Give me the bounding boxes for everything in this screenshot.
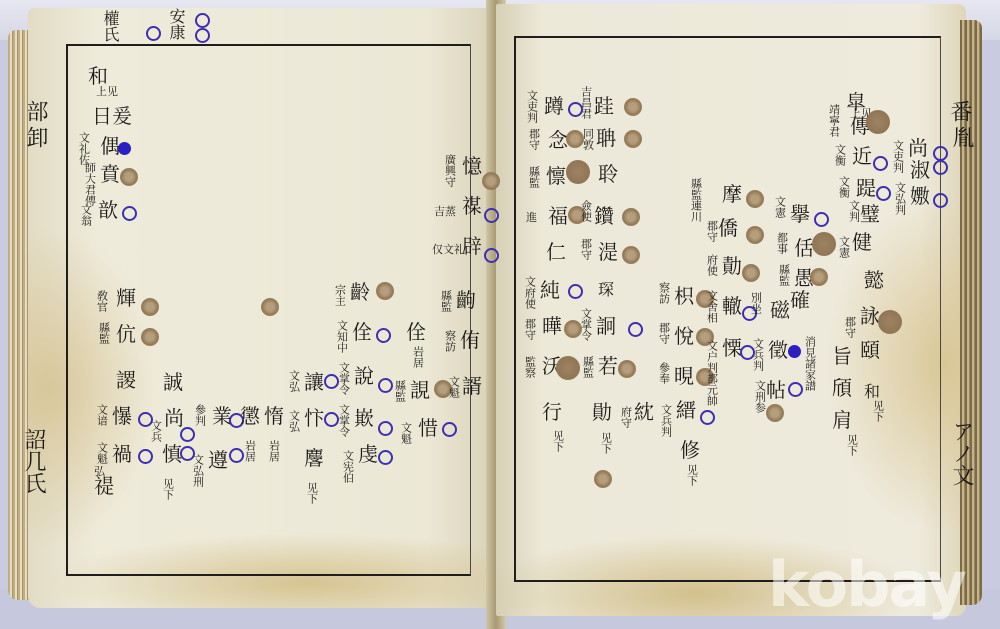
entry-main: 佸 xyxy=(794,238,814,258)
entry-main: 和 xyxy=(864,384,880,400)
entry-main: 麐 xyxy=(304,448,324,468)
entry-main: 尚 xyxy=(908,138,928,158)
entry-main: 誢 xyxy=(410,380,430,400)
entry-note: 同敦 xyxy=(582,128,594,150)
ring-mark xyxy=(146,26,161,41)
entry-note: 文衡 xyxy=(838,176,850,198)
entry-note: 上见 xyxy=(96,86,118,98)
stain-dot xyxy=(120,168,138,186)
entry-note: 宗主 xyxy=(334,284,346,306)
entry-note: 郡守 xyxy=(658,322,670,344)
entry-note: 见下 xyxy=(306,482,318,504)
entry-main: 悅 xyxy=(674,326,694,346)
entry-main: 枳 xyxy=(674,286,694,306)
entry-main: 懿 xyxy=(864,270,884,290)
entry-main: 肩 xyxy=(832,410,852,430)
entry-note: 察訪 xyxy=(444,330,456,352)
entry-note: 府使 xyxy=(706,254,718,276)
entry-note: 文掌令 xyxy=(338,362,350,395)
entry-main: 誠 xyxy=(163,372,183,392)
entry-main: 修 xyxy=(680,440,700,460)
entry-main: 確 xyxy=(790,290,810,310)
entry-main: 仁 xyxy=(546,242,566,262)
entry-note: 廣興守 xyxy=(444,154,456,187)
entry-note: 见下 xyxy=(686,464,698,486)
entry-note: 文弘刑 xyxy=(192,454,204,487)
entry-note: 文掌令 xyxy=(580,308,592,341)
ring-mark xyxy=(324,412,339,427)
stain-dot xyxy=(878,310,902,334)
entry-main: 尚 xyxy=(164,408,184,428)
stain-dot xyxy=(482,172,500,190)
watermark-logo: kobay xyxy=(768,548,965,621)
entry-note: 郡守 xyxy=(528,128,540,150)
entry-note: 郡守 xyxy=(580,238,592,260)
entry-note: 文谙 xyxy=(96,404,108,426)
entry-main: 曄 xyxy=(542,316,562,336)
entry-note: 察訪 xyxy=(658,282,670,304)
entry-main: 歆 xyxy=(98,200,118,220)
ring-mark xyxy=(484,248,499,263)
entry-main: 㠌 xyxy=(354,408,374,428)
entry-main: 日爰 xyxy=(92,106,132,126)
entry-main: 跬 xyxy=(594,96,614,116)
entry-note: 文吏判 xyxy=(526,90,538,123)
entry-main: 紞 xyxy=(634,402,654,422)
entry-note: 文翁 xyxy=(80,204,92,226)
ring-mark xyxy=(876,186,891,201)
ring-mark xyxy=(229,448,244,463)
entry-note: 见下 xyxy=(162,478,174,500)
ring-mark xyxy=(568,284,583,299)
entry-note: 文魁 xyxy=(400,422,412,444)
entry-note: 弘 xyxy=(94,466,105,478)
entry-note: 文弘 xyxy=(288,370,300,392)
ring-mark xyxy=(933,160,948,175)
entry-note: 敎官 xyxy=(96,290,108,312)
stain-dot xyxy=(766,404,784,422)
entry-note: 參奉 xyxy=(658,362,670,384)
entry-main: 惰 xyxy=(264,406,284,426)
entry-main: 禍 xyxy=(112,444,132,464)
entry-note: 文弘判 xyxy=(894,182,906,215)
stain-dot xyxy=(141,298,159,316)
entry-main: 虔 xyxy=(358,444,378,464)
ring-mark xyxy=(324,374,339,389)
entry-main: 蹲 xyxy=(544,96,564,116)
entry-main: 讓 xyxy=(304,372,324,392)
stain-dot xyxy=(622,208,640,226)
entry-note: 文刑参 xyxy=(754,380,766,413)
entry-note: 文魁 xyxy=(448,376,460,398)
entry-note: 文掌令 xyxy=(338,404,350,437)
ring-mark xyxy=(628,322,643,337)
stain-dot xyxy=(746,226,764,244)
stain-dot xyxy=(556,356,580,380)
entry-note: 縣監 xyxy=(394,380,406,402)
ring-mark xyxy=(788,382,803,397)
entry-note: 文兵 xyxy=(150,420,162,442)
stain-dot xyxy=(866,110,890,134)
entry-main: 轍 xyxy=(722,296,742,316)
entry-main: 念 xyxy=(548,130,568,150)
ring-mark xyxy=(378,450,393,465)
entry-note: 文礼佐 xyxy=(78,132,90,165)
entry-main: 僑 xyxy=(718,218,738,238)
entry-main: 若 xyxy=(598,356,618,376)
book-photo: 權氏 安康 部 卸 詔几氏 和 上见 日爰 偶 文礼佐 賁 師大君傳 歆 文翁 … xyxy=(0,0,1000,629)
entry-main: 純 xyxy=(540,280,560,300)
entry-note: 縣監連川 xyxy=(690,178,702,222)
entry-main: 和 xyxy=(88,66,108,86)
entry-main: 晛 xyxy=(674,366,694,386)
ring-mark xyxy=(442,422,457,437)
ring-mark xyxy=(122,206,137,221)
entry-note: 文兵判 xyxy=(752,338,764,371)
ring-mark xyxy=(378,378,393,393)
entry-note: 文府使 xyxy=(524,276,536,309)
entry-note: 縣監 xyxy=(440,290,452,312)
ring-mark xyxy=(814,212,829,227)
ring-mark xyxy=(195,28,210,43)
entry-note: 文吏判 xyxy=(892,140,904,173)
entry-main: 勣 xyxy=(722,256,742,276)
ring-mark xyxy=(378,421,393,436)
stain-dot xyxy=(624,98,642,116)
entry-note: 见下 xyxy=(846,434,858,456)
ring-mark xyxy=(933,146,948,161)
right-edge-label: 胤 xyxy=(946,126,977,148)
entry-note: 縣監 xyxy=(778,264,790,286)
stain-dot xyxy=(594,470,612,488)
entry-note: 郡守 xyxy=(706,220,718,242)
entry-note: 文宪伯 xyxy=(342,450,354,483)
entry-note: 郡守 xyxy=(524,318,536,340)
entry-main: 辟 xyxy=(462,236,482,256)
ring-mark xyxy=(376,328,391,343)
entry-main: 湜 xyxy=(598,242,618,262)
entry-main: 惜 xyxy=(418,418,438,438)
header-place-name: 安康 xyxy=(168,8,184,40)
stain-dot xyxy=(261,298,279,316)
entry-note: 郡守 xyxy=(844,316,856,338)
ring-mark xyxy=(873,156,888,171)
entry-note: 縣監 xyxy=(528,166,540,188)
entry-main: 擧 xyxy=(790,204,810,224)
entry-note: 岩居 xyxy=(268,440,280,462)
entry-note: 吉蒸 xyxy=(434,206,456,218)
stain-dot xyxy=(746,190,764,208)
entry-main: 鑽 xyxy=(594,206,614,226)
stain-dot xyxy=(376,282,394,300)
entry-note: 別坐 xyxy=(750,292,762,314)
entry-note: 縣監 xyxy=(582,356,594,378)
entry-note: 參判 xyxy=(194,404,206,426)
entry-main: 摩 xyxy=(722,184,742,204)
entry-main: 慎 xyxy=(162,444,182,464)
entry-main: 輝 xyxy=(116,288,136,308)
entry-main: 徵 xyxy=(768,340,788,360)
stain-dot xyxy=(566,160,590,184)
entry-main: 嫐 xyxy=(910,186,930,206)
entry-main: 偶 xyxy=(100,136,120,156)
entry-main: 璧 xyxy=(860,204,880,224)
entry-main: 旨 xyxy=(832,346,852,366)
entry-main: 忭 xyxy=(304,408,324,428)
entry-main: 聆 xyxy=(598,164,618,184)
entry-main: 頎 xyxy=(832,378,852,398)
entry-note: 文判 xyxy=(848,200,860,222)
entry-main: 謖 xyxy=(116,370,136,390)
right-edge-label-bottom: アノ文 xyxy=(946,420,977,486)
entry-main: 侑 xyxy=(460,330,480,350)
ring-mark xyxy=(138,449,153,464)
entry-main: 伉 xyxy=(116,324,136,344)
entry-main: 詗 xyxy=(596,316,616,336)
entry-main: 健 xyxy=(852,232,872,252)
entry-main: 憶 xyxy=(462,156,482,176)
stain-dot xyxy=(812,232,836,256)
left-edge-label: 部 xyxy=(20,100,51,122)
ring-mark xyxy=(180,427,195,442)
entry-main: 頤 xyxy=(860,340,880,360)
entry-note: 见下 xyxy=(872,400,884,422)
entry-note: 監察 xyxy=(524,356,536,378)
entry-main: 行 xyxy=(542,402,562,422)
entry-main: 踶 xyxy=(856,178,876,198)
entry-main: 懔 xyxy=(546,166,566,186)
entry-note: 靖寧君 xyxy=(828,104,840,137)
entry-note: 文憲 xyxy=(838,236,850,258)
entry-note: 见下 xyxy=(552,430,564,452)
entry-main: 慄 xyxy=(722,338,742,358)
entry-note: 文知中 xyxy=(336,320,348,353)
entry-main: 福 xyxy=(548,206,568,226)
header-clan-name: 權氏 xyxy=(102,10,118,42)
entry-note: 文户判都元帥 xyxy=(706,340,718,406)
entry-note: 文魁 xyxy=(96,442,108,464)
entry-main: 齡 xyxy=(350,282,370,302)
entry-main: 禖 xyxy=(462,196,482,216)
entry-note: 见下 xyxy=(600,432,612,454)
stain-dot xyxy=(742,264,760,282)
filled-mark xyxy=(118,142,131,155)
entry-main: 琛 xyxy=(598,282,614,298)
entry-note: 僉使 xyxy=(580,200,592,222)
entry-main: 縉 xyxy=(676,400,696,420)
entry-main: 齣 xyxy=(456,290,476,310)
stain-dot xyxy=(141,328,159,346)
stain-dot xyxy=(624,130,642,148)
right-edge-label: 番 xyxy=(944,100,975,122)
entry-main: 詠 xyxy=(860,306,880,326)
left-edge-label-bottom: 詔几氏 xyxy=(18,428,49,494)
left-edge-label: 卸 xyxy=(20,126,51,148)
entry-main: 佺 xyxy=(352,322,372,342)
filled-mark xyxy=(788,345,801,358)
stain-dot xyxy=(622,246,640,264)
ring-mark xyxy=(195,13,210,28)
stain-dot xyxy=(618,360,636,378)
entry-note: 仅文礼 xyxy=(432,244,465,256)
entry-note: 進 xyxy=(526,212,537,224)
entry-main: 聃 xyxy=(596,128,616,148)
entry-main: 諝 xyxy=(462,376,482,396)
entry-note: 都事 xyxy=(776,232,788,254)
entry-note: 岩居 xyxy=(244,440,256,462)
entry-main: 勛 xyxy=(592,402,612,422)
entry-note: 文舍相 xyxy=(706,290,718,323)
ring-mark xyxy=(700,410,715,425)
entry-note: 消見諸家譜 xyxy=(804,336,816,391)
ring-mark xyxy=(933,193,948,208)
entry-main: 說 xyxy=(354,366,374,386)
entry-main: 佺 xyxy=(406,322,426,342)
entry-note: 府守 xyxy=(620,406,632,428)
entry-note: 文弘 xyxy=(288,410,300,432)
entry-main: 磁 xyxy=(770,300,790,320)
entry-note: 縣監 xyxy=(98,322,110,344)
entry-main: 淑 xyxy=(910,160,930,180)
entry-main: 近 xyxy=(852,146,872,166)
entry-note: 師大君傳 xyxy=(84,162,96,206)
entry-main: 賁 xyxy=(100,164,120,184)
entry-main: 禔 xyxy=(94,476,114,496)
entry-note: 吉昌君 xyxy=(580,86,592,119)
entry-note: 文兵判 xyxy=(660,404,672,437)
ring-mark xyxy=(484,208,499,223)
stain-dot xyxy=(810,268,828,286)
entry-main: 懲 xyxy=(240,406,260,426)
entry-main: 帖 xyxy=(766,380,786,400)
entry-main: 遵 xyxy=(208,450,228,470)
entry-main: 懪 xyxy=(112,406,132,426)
entry-note: 岩居 xyxy=(412,346,424,368)
entry-note: 文衡 xyxy=(834,144,846,166)
entry-note: 文憲 xyxy=(774,196,786,218)
